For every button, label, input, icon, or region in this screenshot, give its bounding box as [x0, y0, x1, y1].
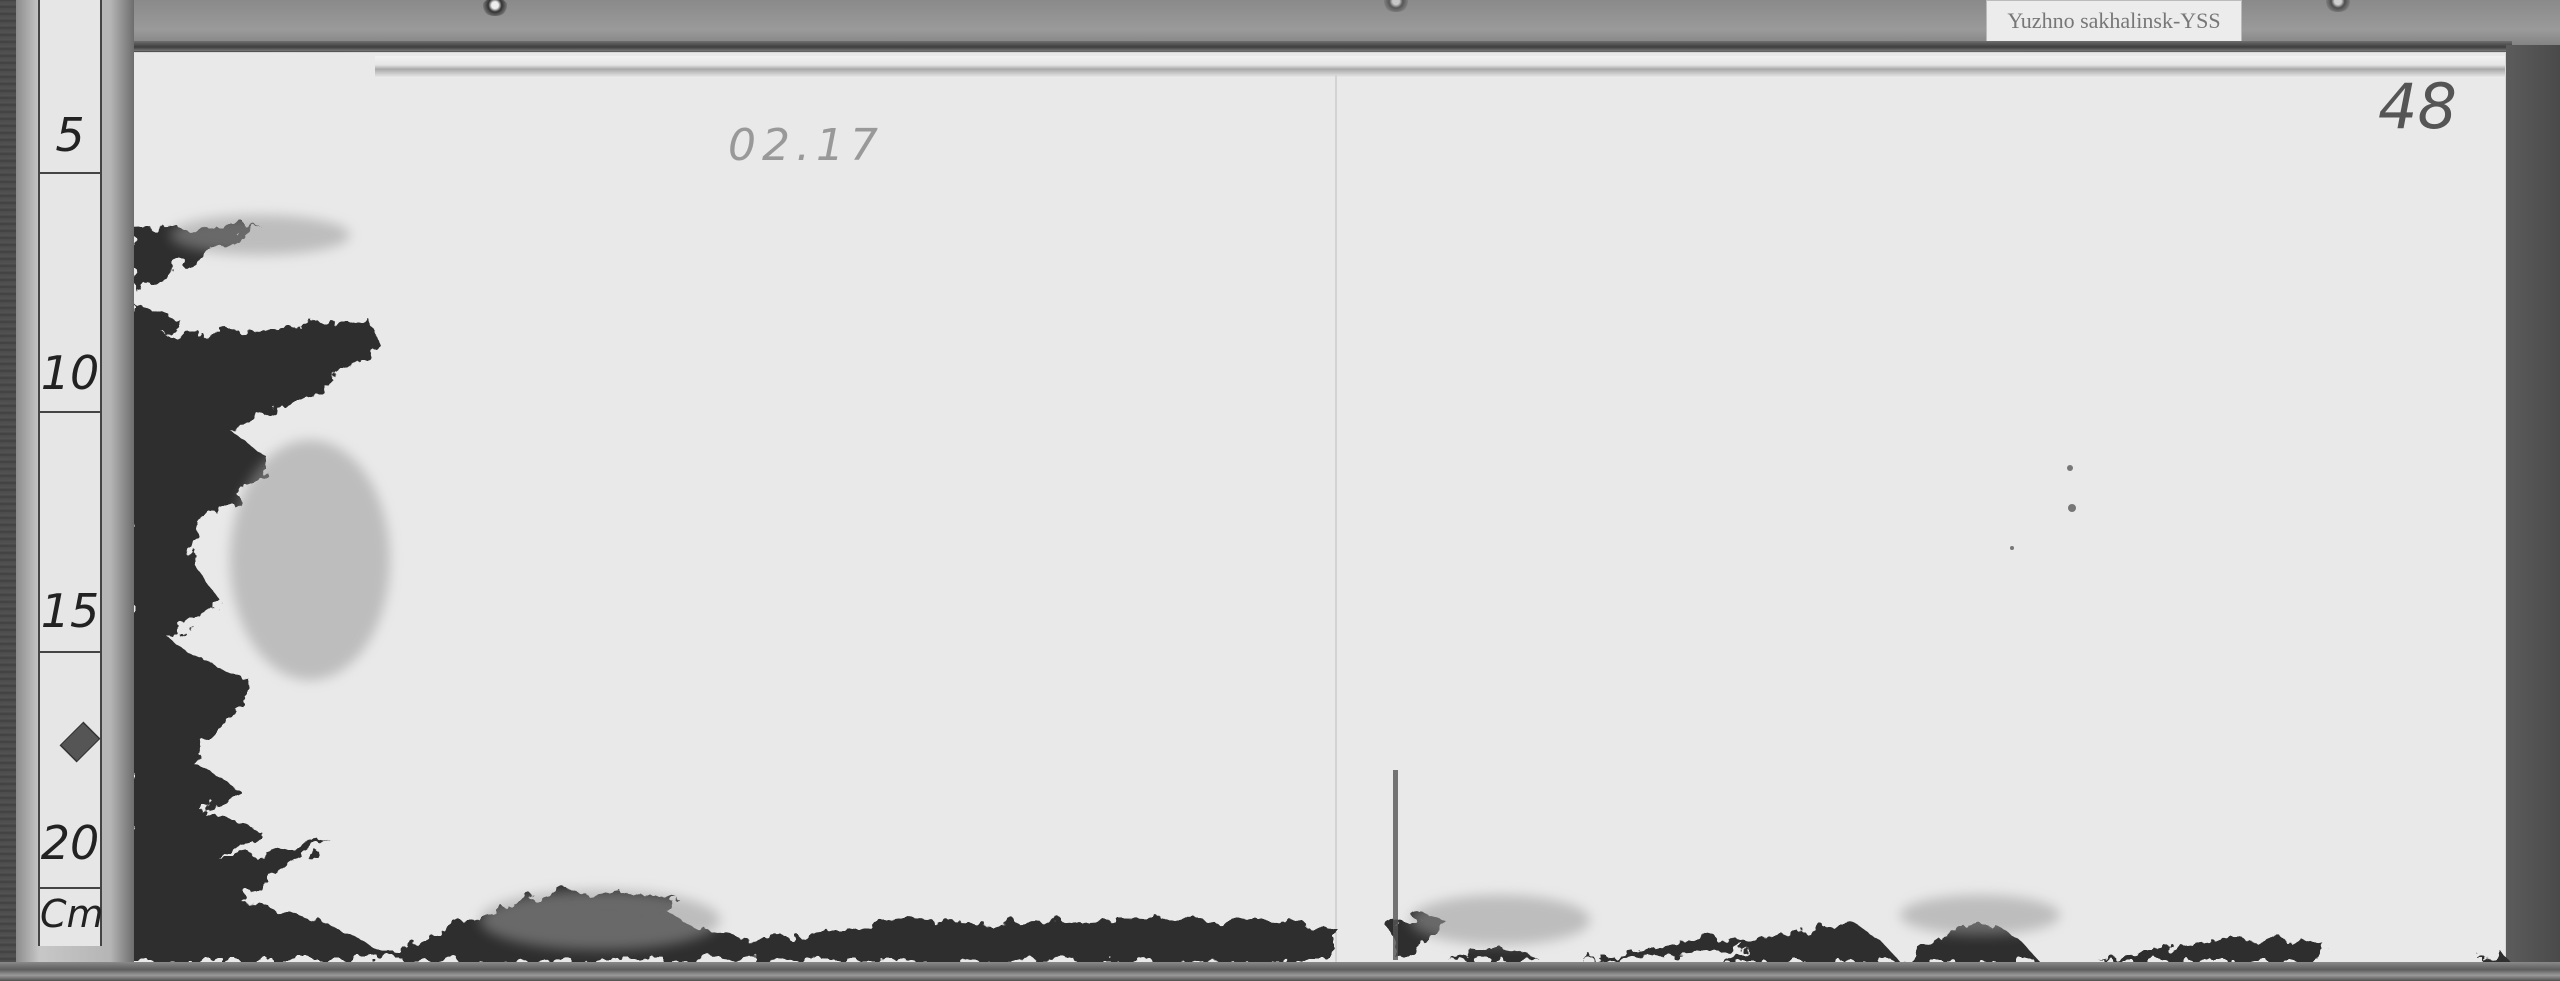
ruler-tick — [40, 411, 100, 413]
deposit-pattern — [0, 0, 2560, 981]
ruler-mark-5: 5 — [40, 112, 100, 158]
ruler-tick — [40, 887, 100, 889]
sheet-number: 48 — [2378, 70, 2457, 143]
ruler-mark-20: 20 — [40, 820, 100, 866]
ruler-mark-15: 15 — [40, 588, 100, 634]
date-annotation: 02.17 — [728, 120, 884, 171]
ruler-unit: Cm — [40, 895, 100, 933]
ruler-tick — [40, 651, 100, 653]
scale-ruler: 5 10 15 20 Cm — [38, 0, 102, 946]
ruler-tick — [40, 172, 100, 174]
frame-bottom-edge — [0, 962, 2560, 981]
ruler-mark-10: 10 — [40, 350, 100, 396]
